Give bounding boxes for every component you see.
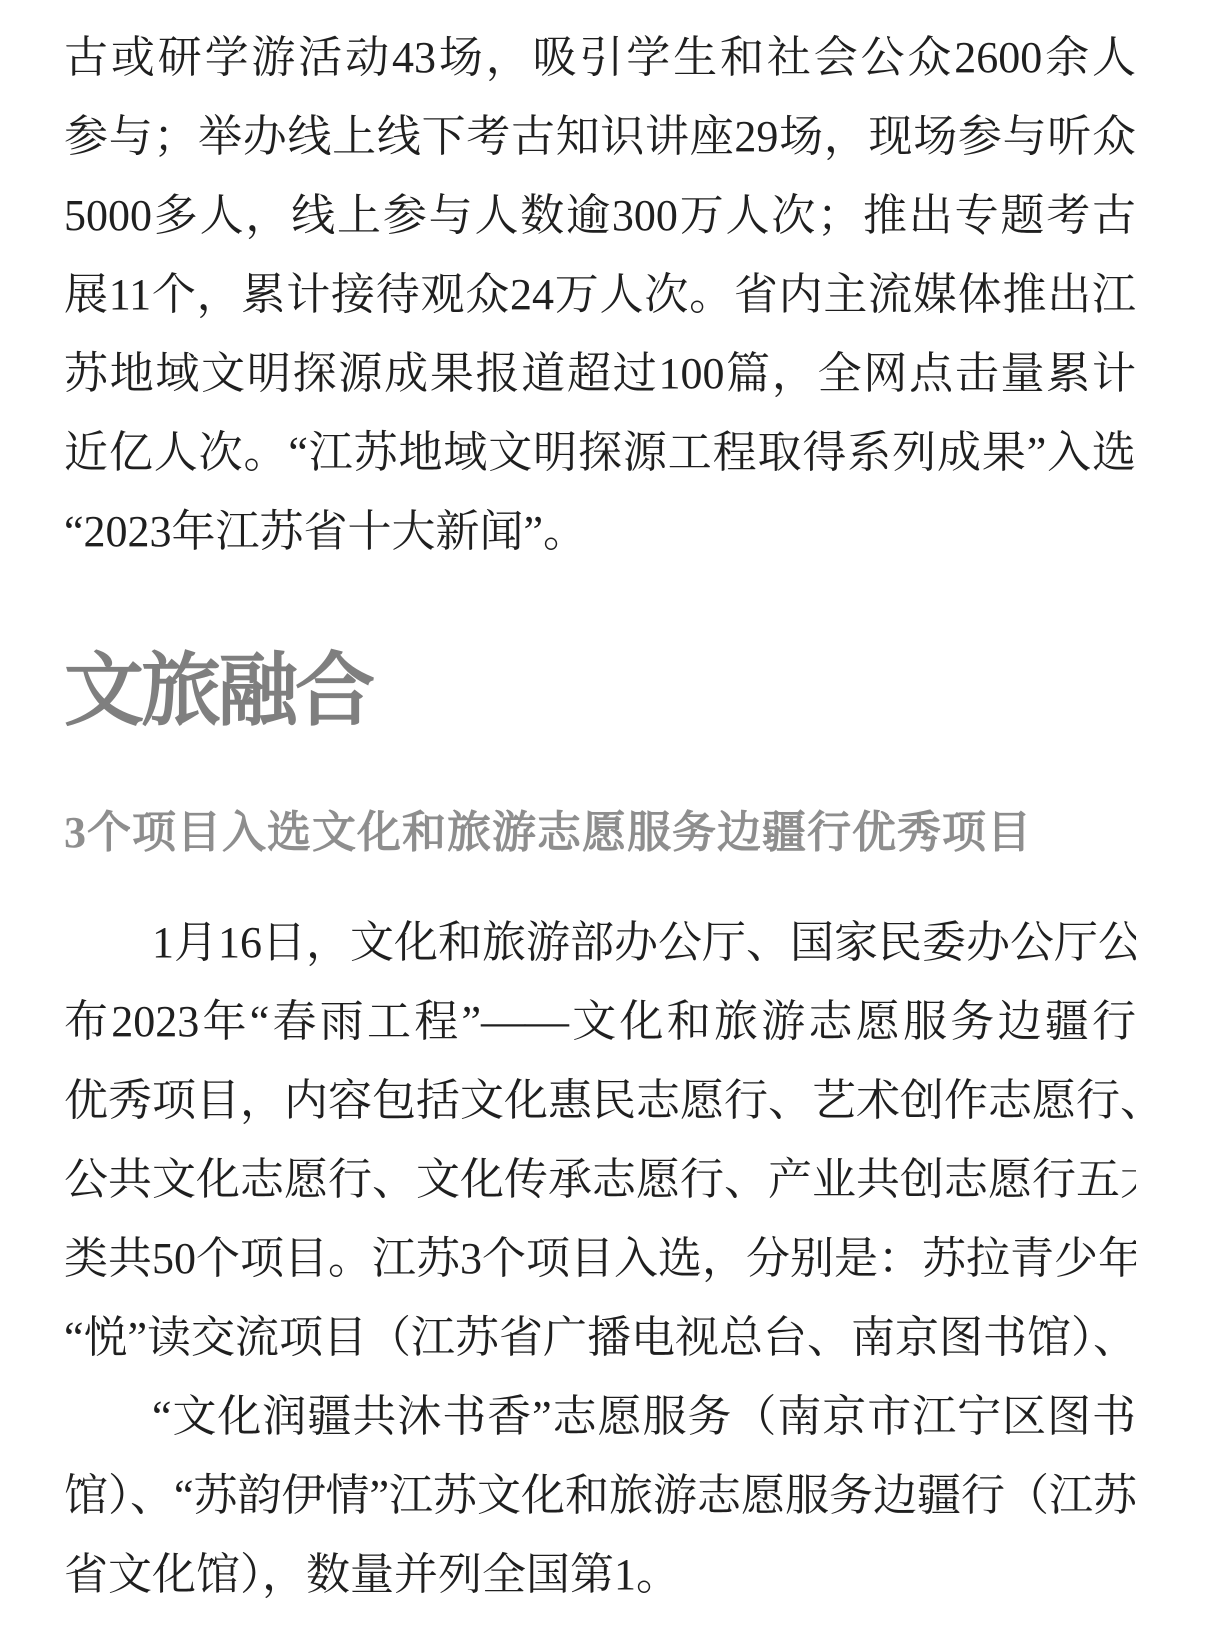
body-line: 参与；举办线上线下考古知识讲座29场，现场参与听众 [64,97,1136,176]
body-line: 公共文化志愿行、文化传承志愿行、产业共创志愿行五大 [64,1140,1136,1219]
section-title: 文旅融合 [64,641,1136,741]
body-line: 展11个，累计接待观众24万人次。省内主流媒体推出江 [64,255,1136,334]
section-subtitle: 3个项目入选文化和旅游志愿服务边疆行优秀项目 [64,805,1136,861]
body-line: 布2023年“春雨工程”——文化和旅游志愿服务边疆行 [64,982,1136,1061]
body-line: “悦”读交流项目（江苏省广播电视总台、南京图书馆）、 [64,1298,1136,1377]
body-line: 类共50个项目。江苏3个项目入选，分别是：苏拉青少年 [64,1219,1136,1298]
body-line: 苏地域文明探源成果报道超过100篇，全网点击量累计 [64,334,1136,413]
body-line: 5000多人，线上参与人数逾300万人次；推出专题考古 [64,176,1136,255]
body-line: “文化润疆共沐书香”志愿服务（南京市江宁区图书 [64,1377,1136,1456]
paragraph-archaeology-continuation: 古或研学游活动43场，吸引学生和社会公众2600余人 参与；举办线上线下考古知识… [64,18,1136,571]
paragraph-volunteer-projects-intro: 1月16日，文化和旅游部办公厅、国家民委办公厅公 布2023年“春雨工程”——文… [64,903,1136,1377]
body-line: 近亿人次。“江苏地域文明探源工程取得系列成果”入选 [64,413,1136,492]
body-line: 1月16日，文化和旅游部办公厅、国家民委办公厅公 [64,903,1136,982]
body-line: 省文化馆），数量并列全国第1。 [64,1535,1136,1614]
body-line: “2023年江苏省十大新闻”。 [64,492,1136,571]
document-page: 古或研学游活动43场，吸引学生和社会公众2600余人 参与；举办线上线下考古知识… [0,0,1228,1642]
body-line: 古或研学游活动43场，吸引学生和社会公众2600余人 [64,18,1136,97]
paragraph-volunteer-projects-list: “文化润疆共沐书香”志愿服务（南京市江宁区图书 馆）、“苏韵伊情”江苏文化和旅游… [64,1377,1136,1614]
body-line: 馆）、“苏韵伊情”江苏文化和旅游志愿服务边疆行（江苏 [64,1456,1136,1535]
body-line: 优秀项目，内容包括文化惠民志愿行、艺术创作志愿行、 [64,1061,1136,1140]
